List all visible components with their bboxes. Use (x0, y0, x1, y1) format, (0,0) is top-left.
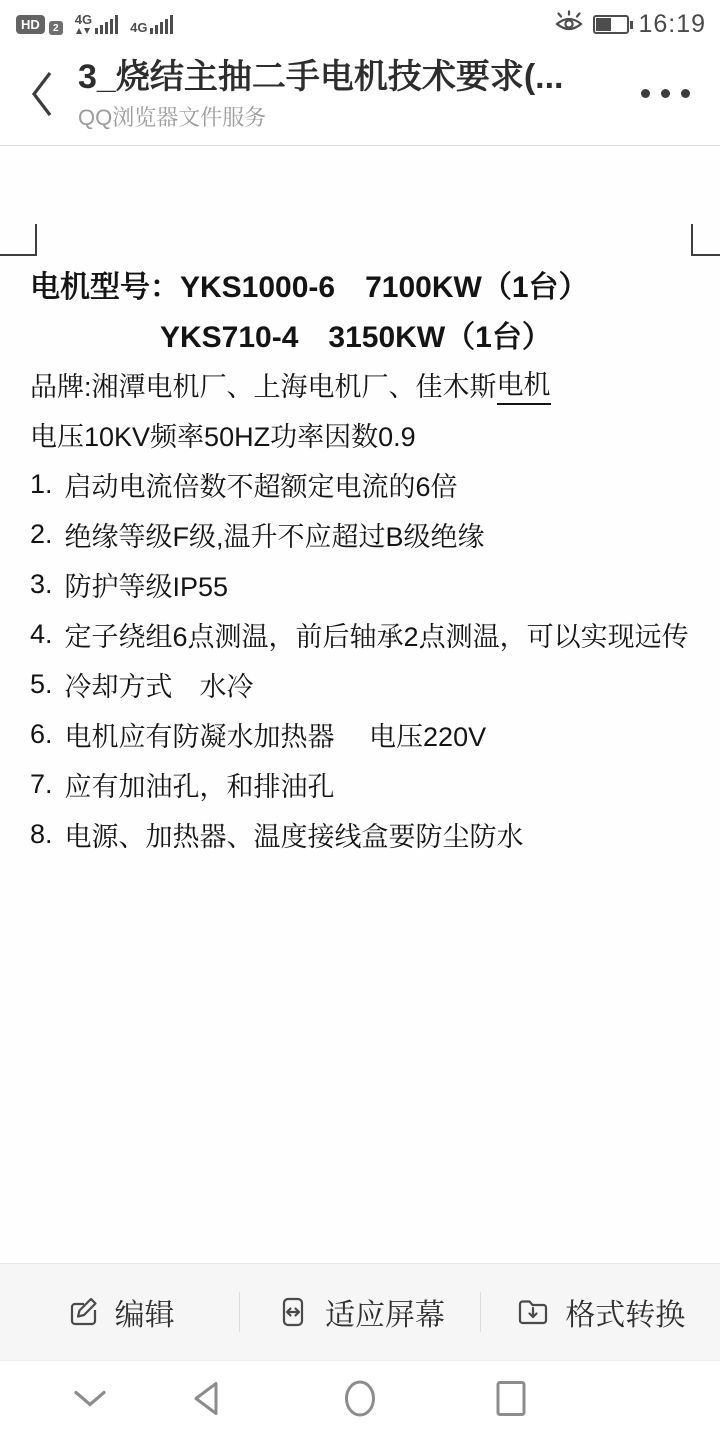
battery-icon (593, 15, 629, 34)
model-line-1: 电机型号：YKS1000-6 7100KW（1台） (30, 259, 696, 309)
bottom-toolbar: 编辑 适应屏幕 格式转换 (0, 1263, 720, 1360)
item-text: 电源、加热器、温度接线盒要防尘防水 (65, 815, 524, 854)
nav-back-button[interactable] (191, 1379, 221, 1422)
brand-line: 品牌:湘潭电机厂、上海电机厂、佳木斯电机 (30, 359, 696, 409)
nav-recents-button[interactable] (494, 1378, 528, 1423)
page-margin-corner-right (691, 224, 720, 256)
item-number: 3. (30, 569, 53, 600)
clock-text: 16:19 (638, 10, 706, 39)
more-dots-icon (641, 89, 650, 98)
battery-level (596, 18, 610, 31)
android-nav-bar (0, 1360, 720, 1440)
spec-line: 电压10KV频率50HZ功率因数0.9 (30, 409, 696, 459)
triangle-back-icon (191, 1379, 221, 1417)
item-number: 4. (30, 619, 53, 650)
square-recents-icon (494, 1378, 528, 1418)
edit-pencil-icon (65, 1294, 101, 1330)
signal-bars-icon-2 (150, 15, 173, 34)
item-text: 启动电流倍数不超额定电流的6倍 (65, 465, 458, 504)
nav-home-button[interactable] (343, 1378, 377, 1423)
status-bar: HD 2 4G 4G (0, 0, 720, 42)
item-text: 冷却方式 水冷 (65, 665, 254, 704)
item-number: 6. (30, 719, 53, 750)
battery-nub (630, 21, 633, 29)
item-text: 应有加油孔，和排油孔 (65, 765, 335, 804)
status-left-group: HD 2 4G 4G (16, 13, 173, 35)
item-number: 1. (30, 469, 53, 500)
item-text: 电机应有防凝水加热器 电压220V (65, 715, 487, 754)
list-item: 8. 电源、加热器、温度接线盒要防尘防水 (30, 809, 696, 859)
item-text: 绝缘等级F级,温升不应超过B级绝缘 (65, 515, 485, 554)
chevron-down-icon (71, 1387, 109, 1409)
phone-screen: HD 2 4G 4G (0, 0, 720, 1440)
list-item: 4. 定子绕组6点测温，前后轴承2点测温，可以实现远传 (30, 609, 696, 659)
signal-sim2: 4G (130, 15, 173, 34)
network-type-label-1: 4G (75, 14, 92, 26)
header: 3_烧结主抽二手电机技术要求(... QQ浏览器文件服务 (0, 42, 720, 146)
brand-underlined-text: 电机 (497, 363, 551, 405)
format-convert-button[interactable]: 格式转换 (481, 1264, 720, 1360)
hide-navbar-button[interactable] (71, 1387, 109, 1414)
list-item: 1. 启动电流倍数不超额定电流的6倍 (30, 459, 696, 509)
eye-comfort-icon (554, 10, 584, 39)
edit-label: 编辑 (115, 1290, 175, 1334)
page-title: 3_烧结主抽二手电机技术要求(... (78, 56, 563, 98)
format-convert-label: 格式转换 (565, 1290, 685, 1334)
item-number: 8. (30, 819, 53, 850)
list-item: 3. 防护等级IP55 (30, 559, 696, 609)
document-viewer[interactable]: 电机型号：YKS1000-6 7100KW（1台） YKS710-4 3150K… (0, 146, 720, 1263)
edit-button[interactable]: 编辑 (0, 1264, 239, 1360)
item-number: 5. (30, 669, 53, 700)
item-text: 定子绕组6点测温，前后轴承2点测温，可以实现远传 (65, 615, 689, 654)
item-number: 2. (30, 519, 53, 550)
signal-sim1-meta: 4G (75, 14, 92, 34)
model-line-2: YKS710-4 3150KW（1台） (30, 309, 696, 359)
fit-screen-label: 适应屏幕 (325, 1290, 445, 1334)
list-item: 7. 应有加油孔，和排油孔 (30, 759, 696, 809)
circle-home-icon (343, 1378, 377, 1418)
more-menu-button[interactable] (637, 77, 694, 110)
back-chevron-icon (27, 67, 57, 121)
fit-screen-button[interactable]: 适应屏幕 (240, 1264, 479, 1360)
more-dots-icon (661, 89, 670, 98)
document-content: 电机型号：YKS1000-6 7100KW（1台） YKS710-4 3150K… (30, 259, 696, 859)
list-item: 2. 绝缘等级F级,温升不应超过B级绝缘 (30, 509, 696, 559)
signal-bars-icon-1 (95, 15, 118, 34)
data-activity-arrows-icon (76, 28, 90, 34)
format-convert-folder-icon (515, 1294, 551, 1330)
back-button[interactable] (18, 59, 66, 129)
signal-sim1: 4G (75, 14, 118, 34)
sim2-badge: 2 (49, 21, 63, 35)
more-dots-icon (681, 89, 690, 98)
signal-sim2-meta: 4G (130, 22, 147, 34)
header-title-block: 3_烧结主抽二手电机技术要求(... QQ浏览器文件服务 (78, 56, 563, 132)
page-subtitle: QQ浏览器文件服务 (78, 101, 563, 132)
brand-text: 品牌:湘潭电机厂、上海电机厂、佳木斯 (30, 365, 497, 404)
status-right-group: 16:19 (554, 10, 706, 39)
item-text: 防护等级IP55 (65, 565, 229, 604)
list-item: 5. 冷却方式 水冷 (30, 659, 696, 709)
hd-volte-icon: HD (16, 15, 45, 34)
list-item: 6. 电机应有防凝水加热器 电压220V (30, 709, 696, 759)
network-type-label-2: 4G (130, 22, 147, 34)
page-margin-corner-left (0, 224, 37, 256)
fit-screen-icon (275, 1294, 311, 1330)
item-number: 7. (30, 769, 53, 800)
